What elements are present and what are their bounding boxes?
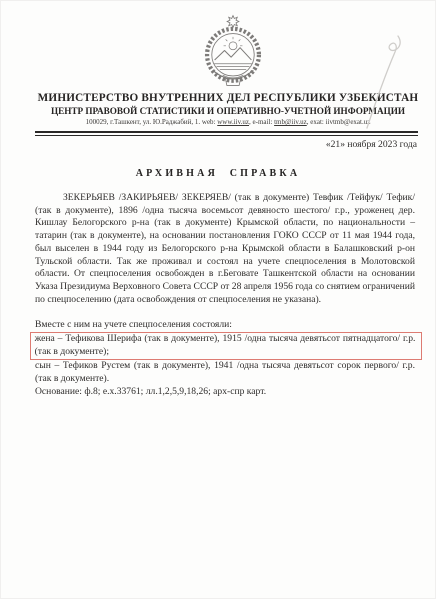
wife-line: жена – Тефикова Шерифа (так в документе)… bbox=[35, 333, 416, 358]
emblem-container bbox=[20, 0, 436, 90]
ministry-name: МИНИСТЕРСТВО ВНУТРЕННИХ ДЕЛ РЕСПУБЛИКИ У… bbox=[20, 92, 436, 105]
address-text: 100029, г.Ташкент, ул. Ю.Раджабий, 1. we… bbox=[86, 118, 218, 126]
scanned-document-page: МИНИСТЕРСТВО ВНУТРЕННИХ ДЕЛ РЕСПУБЛИКИ У… bbox=[0, 0, 436, 599]
son-line: сын – Тефиков Рустем (так в документе), … bbox=[35, 360, 415, 385]
center-name: ЦЕНТР ПРАВОВОЙ СТАТИСТИКИ И ОПЕРАТИВНО-У… bbox=[20, 106, 436, 117]
letterhead-contacts: 100029, г.Ташкент, ул. Ю.Раджабий, 1. we… bbox=[20, 118, 436, 127]
letterhead: МИНИСТЕРСТВО ВНУТРЕННИХ ДЕЛ РЕСПУБЛИКИ У… bbox=[20, 0, 436, 127]
letterhead-divider bbox=[35, 131, 418, 136]
basis-line: Основание: ф.8; е.х.33761; лл.1,2,5,9,18… bbox=[35, 386, 415, 399]
email-label: , e-mail: bbox=[249, 118, 274, 126]
document-date: «21» ноября 2023 года bbox=[0, 139, 417, 151]
exat-text: , exat: iivtmb@exat.uz bbox=[307, 118, 371, 126]
red-highlight-box: жена – Тефикова Шерифа (так в документе)… bbox=[30, 332, 422, 360]
document-body: ЗЕКЕРЬЯЕВ /ЗАКИРЬЯЕВ/ ЗЕКЕРЯЕВ/ (так в д… bbox=[35, 192, 415, 399]
email-link: tmb@iiv.uz bbox=[274, 118, 307, 126]
website-link: www.iiv.uz bbox=[217, 118, 249, 126]
uzbekistan-state-emblem-icon bbox=[200, 14, 266, 88]
main-paragraph: ЗЕКЕРЬЯЕВ /ЗАКИРЬЯЕВ/ ЗЕКЕРЯЕВ/ (так в д… bbox=[35, 192, 415, 306]
together-line: Вместе с ним на учете спецпоселения сост… bbox=[35, 319, 415, 332]
document-title: АРХИВНАЯ СПРАВКА bbox=[0, 168, 436, 179]
